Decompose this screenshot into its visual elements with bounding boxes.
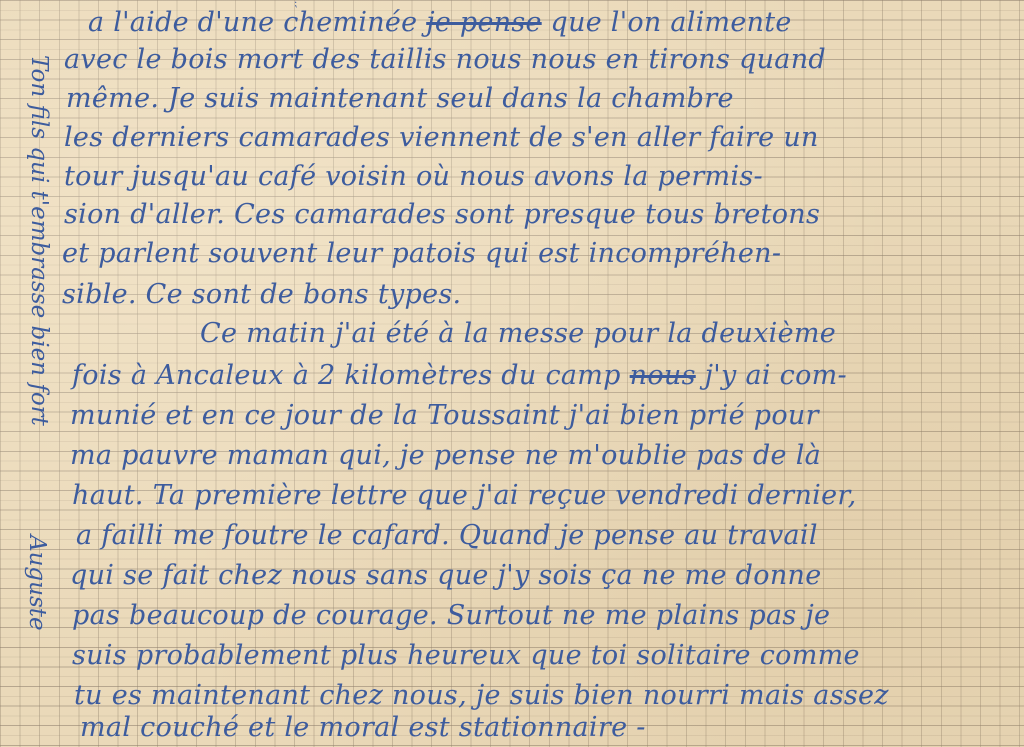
letter-line-2: avec le bois mort des taillis nous nous … — [64, 44, 826, 75]
struck-out-text: nous — [630, 360, 696, 391]
letter-line-19: mal couché et le moral est stationnaire … — [80, 712, 646, 743]
letter-line-5: tour jusqu'au café voisin où nous avons … — [64, 161, 763, 192]
line-text: que l'on alimente — [542, 7, 792, 38]
letter-line-11: munié et en ce jour de la Toussaint j'ai… — [70, 400, 819, 431]
signature: Auguste — [24, 535, 50, 631]
letter-line-6: sion d'aller. Ces camarades sont presque… — [64, 199, 820, 230]
letter-line-9: Ce matin j'ai été à la messe pour la deu… — [200, 318, 836, 349]
letter-line-12: ma pauvre maman qui, je pense ne m'oubli… — [70, 440, 821, 471]
margin-closing-note: Ton fils qui t'embrasse bien fort — [26, 55, 52, 426]
letter-line-4: les derniers camarades viennent de s'en … — [64, 122, 819, 153]
letter-line-1: a l'aide d'une cheminée je pense que l'o… — [88, 7, 1020, 38]
letter-line-8: sible. Ce sont de bons types. — [62, 279, 461, 310]
letter-line-14: a failli me foutre le cafard. Quand je p… — [76, 520, 818, 551]
handwritten-letter-page: ⁏ a l'aide d'une cheminée je pense que l… — [0, 0, 1024, 747]
line-text: a l'aide d'une cheminée — [88, 7, 426, 38]
letter-line-15: qui se fait chez nous sans que j'y sois … — [70, 560, 821, 591]
line-text: fois à Ancaleux à 2 kilomètres du camp — [72, 360, 630, 391]
letter-line-17: suis probablement plus heureux que toi s… — [72, 640, 860, 671]
letter-line-16: pas beaucoup de courage. Surtout ne me p… — [72, 600, 830, 631]
letter-line-3: même. Je suis maintenant seul dans la ch… — [66, 83, 734, 114]
struck-out-text: je pense — [426, 7, 541, 38]
letter-line-10: fois à Ancaleux à 2 kilomètres du camp n… — [72, 360, 847, 391]
letter-line-18: tu es maintenant chez nous, je suis bien… — [74, 680, 889, 711]
letter-line-13: haut. Ta première lettre que j'ai reçue … — [72, 480, 857, 511]
letter-line-7: et parlent souvent leur patois qui est i… — [62, 238, 781, 269]
line-text: j'y ai com- — [696, 360, 847, 391]
